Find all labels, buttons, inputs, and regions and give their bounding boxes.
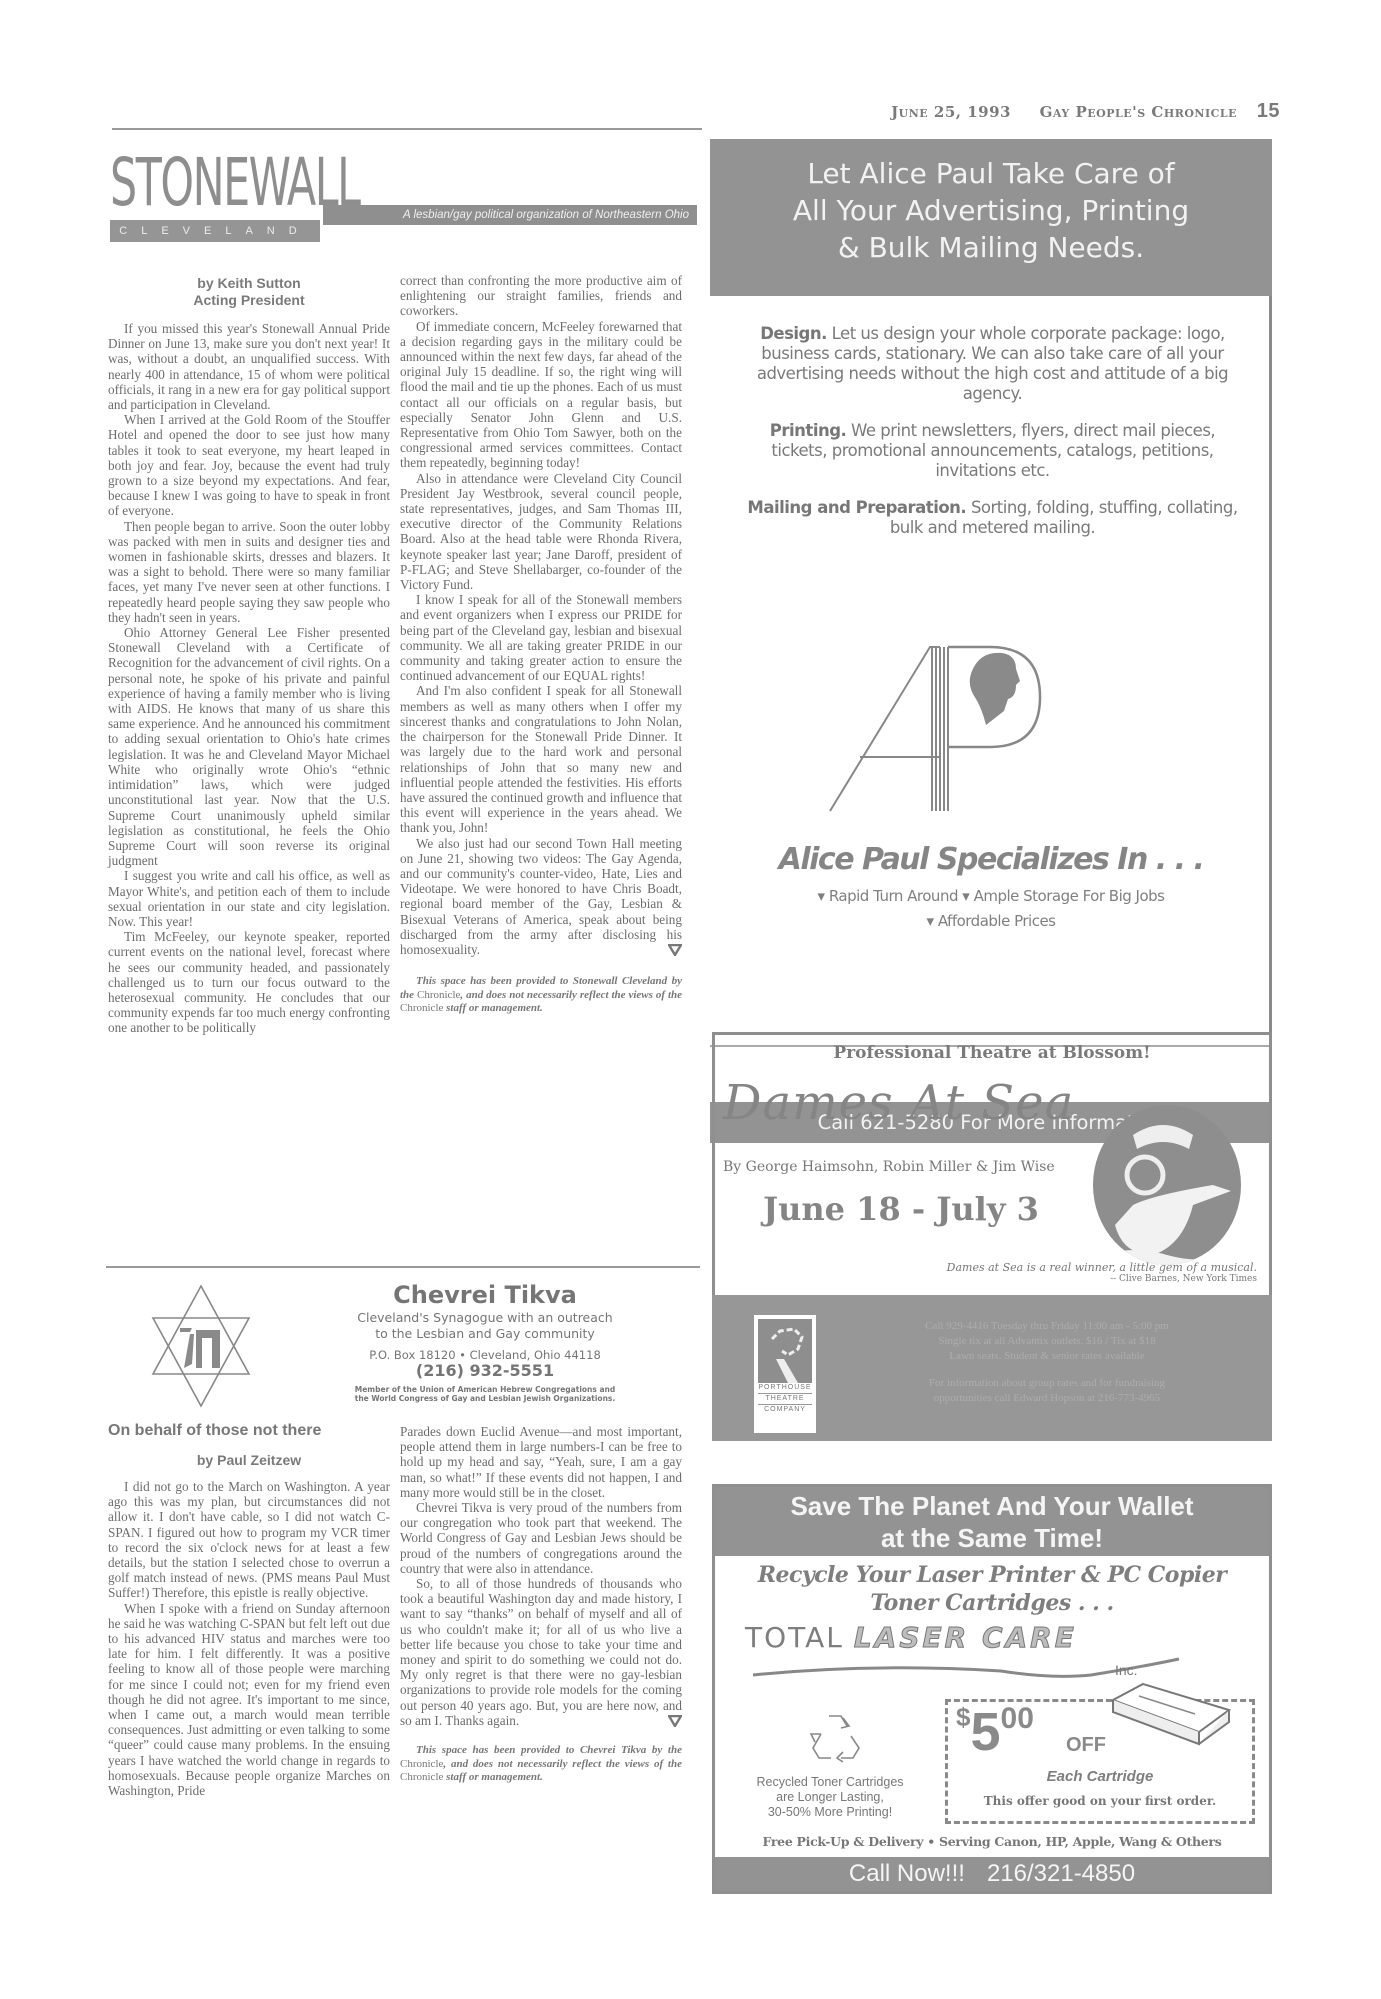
ad-subtitle: to the Lesbian and Gay community — [290, 1326, 680, 1342]
byline-author: by Paul Zeitzew — [108, 1452, 390, 1469]
paragraph: And I'm also confident I speak for all S… — [400, 683, 682, 835]
article-headline: On behalf of those not there — [108, 1422, 321, 1440]
brand-inc: Inc. — [1115, 1662, 1138, 1678]
byline-author: by Keith Sutton — [108, 275, 390, 292]
paragraph: Chevrei Tikva is very proud of the numbe… — [400, 1500, 682, 1576]
end-of-story-icon — [668, 944, 682, 956]
porthouse-info: Call 929-4416 Tuesday thru Friday 11:00 … — [842, 1319, 1252, 1406]
paragraph: Then people began to arrive. Soon the ou… — [108, 519, 390, 625]
section-divider — [106, 1266, 700, 1268]
coupon-terms: This offer good on your first order. — [948, 1794, 1252, 1808]
paragraph: When I spoke with a friend on Sunday aft… — [108, 1601, 390, 1799]
triangle-bullet-icon: ▾ — [927, 912, 934, 930]
zeitzew-article-col2: Parades down Euclid Avenue—and most impo… — [400, 1424, 682, 1785]
sailor-illustration-icon — [1093, 1105, 1241, 1265]
paragraph: Ohio Attorney General Lee Fisher present… — [108, 625, 390, 868]
service-mailing: Mailing and Preparation. Sorting, foldin… — [740, 498, 1245, 538]
paragraph: I did not go to the March on Washington.… — [108, 1479, 390, 1601]
end-of-story-icon — [668, 1715, 682, 1727]
stonewall-logo-city: CLEVELAND — [110, 220, 320, 242]
page-number: 15 — [1257, 100, 1280, 122]
publication-name: Gay People's Chronicle — [1040, 103, 1237, 121]
paragraph: Parades down Euclid Avenue—and most impo… — [400, 1424, 682, 1500]
zeitzew-article-col1: by Paul Zeitzew I did not go to the Marc… — [108, 1452, 390, 1798]
show-authors: By George Haimsohn, Robin Miller & Jim W… — [723, 1159, 1055, 1175]
paragraph: So, to all of those hundreds of thousand… — [400, 1576, 682, 1728]
review-quote: Dames at Sea is a real winner, a little … — [947, 1261, 1257, 1284]
coupon-price: $500 — [956, 1702, 1034, 1762]
paragraph: correct than confronting the more produc… — [400, 273, 682, 319]
ad-membership: Member of the Union of American Hebrew C… — [290, 1385, 680, 1394]
ad-headline: Let Alice Paul Take Care of All Your Adv… — [710, 139, 1272, 296]
stonewall-tagline: A lesbian/gay political organization of … — [323, 205, 697, 225]
paragraph: Tim McFeeley, our keynote speaker, repor… — [108, 929, 390, 1035]
ad-phone: (216) 932-5551 — [290, 1362, 680, 1380]
paragraph: I suggest you write and call his office,… — [108, 868, 390, 929]
porthouse-band: PORTHOUSE THEATRE COMPANY Call 929-4416 … — [712, 1295, 1272, 1441]
stonewall-logo-word: STONEWALL — [110, 150, 276, 216]
paragraph: If you missed this year's Stonewall Annu… — [108, 321, 390, 412]
discount-coupon: $500 OFF Each Cartridge This offer good … — [945, 1699, 1255, 1824]
page-header: June 25, 1993 Gay People's Chronicle 15 — [860, 100, 1280, 123]
paragraph: I know I speak for all of the Stonewall … — [400, 592, 682, 683]
chevrei-disclaimer: This space has been provided to Chevrei … — [400, 1744, 682, 1785]
service-printing: Printing. We print newsletters, flyers, … — [740, 421, 1245, 481]
toner-cartridge-icon — [1103, 1680, 1233, 1750]
chevrei-tikva-ad: Chevrei Tikva Cleveland's Synagogue with… — [290, 1280, 680, 1403]
ad-bullets: ▾ Rapid Turn Around ▾ Ample Storage For … — [710, 884, 1272, 934]
ad-headline: Save The Planet And Your Wallet at the S… — [715, 1487, 1269, 1556]
paragraph: Of immediate concern, McFeeley forewarne… — [400, 319, 682, 471]
stonewall-article-col1: by Keith Sutton Acting President If you … — [108, 275, 390, 1036]
coupon-off: OFF — [1066, 1734, 1106, 1757]
paragraph: When I arrived at the Gold Room of the S… — [108, 412, 390, 518]
ad-address: P.O. Box 18120 • Cleveland, Ohio 44118 — [290, 1348, 680, 1362]
porthouse-logo: PORTHOUSE THEATRE COMPANY — [754, 1315, 816, 1433]
ad-services: Design. Let us design your whole corpora… — [740, 324, 1245, 555]
brand-name: TOTALLASER CARE — [745, 1621, 1077, 1654]
top-rule — [112, 128, 702, 130]
ad-subtitle: Cleveland's Synagogue with an outreach — [290, 1310, 680, 1326]
ad-title: Professional Theatre at Blossom! — [715, 1043, 1269, 1063]
recycle-icon — [807, 1712, 863, 1764]
show-title: Dames At Sea — [723, 1075, 1074, 1131]
ad-title: Chevrei Tikva — [290, 1280, 680, 1310]
ad-services: Free Pick-Up & Delivery • Serving Canon,… — [715, 1834, 1269, 1849]
stonewall-logo: STONEWALL CLEVELAND — [110, 150, 340, 245]
stonewall-article-col2: correct than confronting the more produc… — [400, 273, 682, 1016]
service-design: Design. Let us design your whole corpora… — [740, 324, 1245, 404]
coupon-each: Each Cartridge — [948, 1768, 1252, 1785]
triangle-bullet-icon: ▾ — [818, 887, 825, 905]
alice-paul-logo-icon — [820, 639, 1080, 814]
ad-specializes: Alice Paul Specializes In . . . — [710, 842, 1272, 877]
byline-title: Acting President — [108, 292, 390, 309]
recycled-benefits: Recycled Toner Cartridges are Longer Las… — [735, 1775, 925, 1820]
triangle-bullet-icon: ▾ — [962, 887, 969, 905]
paragraph: We also just had our second Town Hall me… — [400, 836, 682, 958]
show-dates: June 18 - July 3 — [763, 1190, 1039, 1228]
ad-call-to-action: Call Now!!!216/321-4850 — [715, 1857, 1269, 1891]
ad-subheadline: Recycle Your Laser Printer & PC Copier T… — [715, 1561, 1269, 1617]
paragraph: Also in attendance were Cleveland City C… — [400, 471, 682, 593]
ad-membership: the World Congress of Gay and Lesbian Je… — [290, 1394, 680, 1403]
alice-paul-ad: Let Alice Paul Take Care of All Your Adv… — [710, 139, 1272, 1047]
star-of-david-icon — [150, 1284, 252, 1408]
theatre-ad: Professional Theatre at Blossom! Dames A… — [712, 1032, 1272, 1295]
issue-date: June 25, 1993 — [891, 103, 1011, 121]
porthouse-logo-icon — [758, 1319, 812, 1383]
stonewall-disclaimer: This space has been provided to Stonewal… — [400, 975, 682, 1016]
toner-ad: Save The Planet And Your Wallet at the S… — [712, 1484, 1272, 1894]
